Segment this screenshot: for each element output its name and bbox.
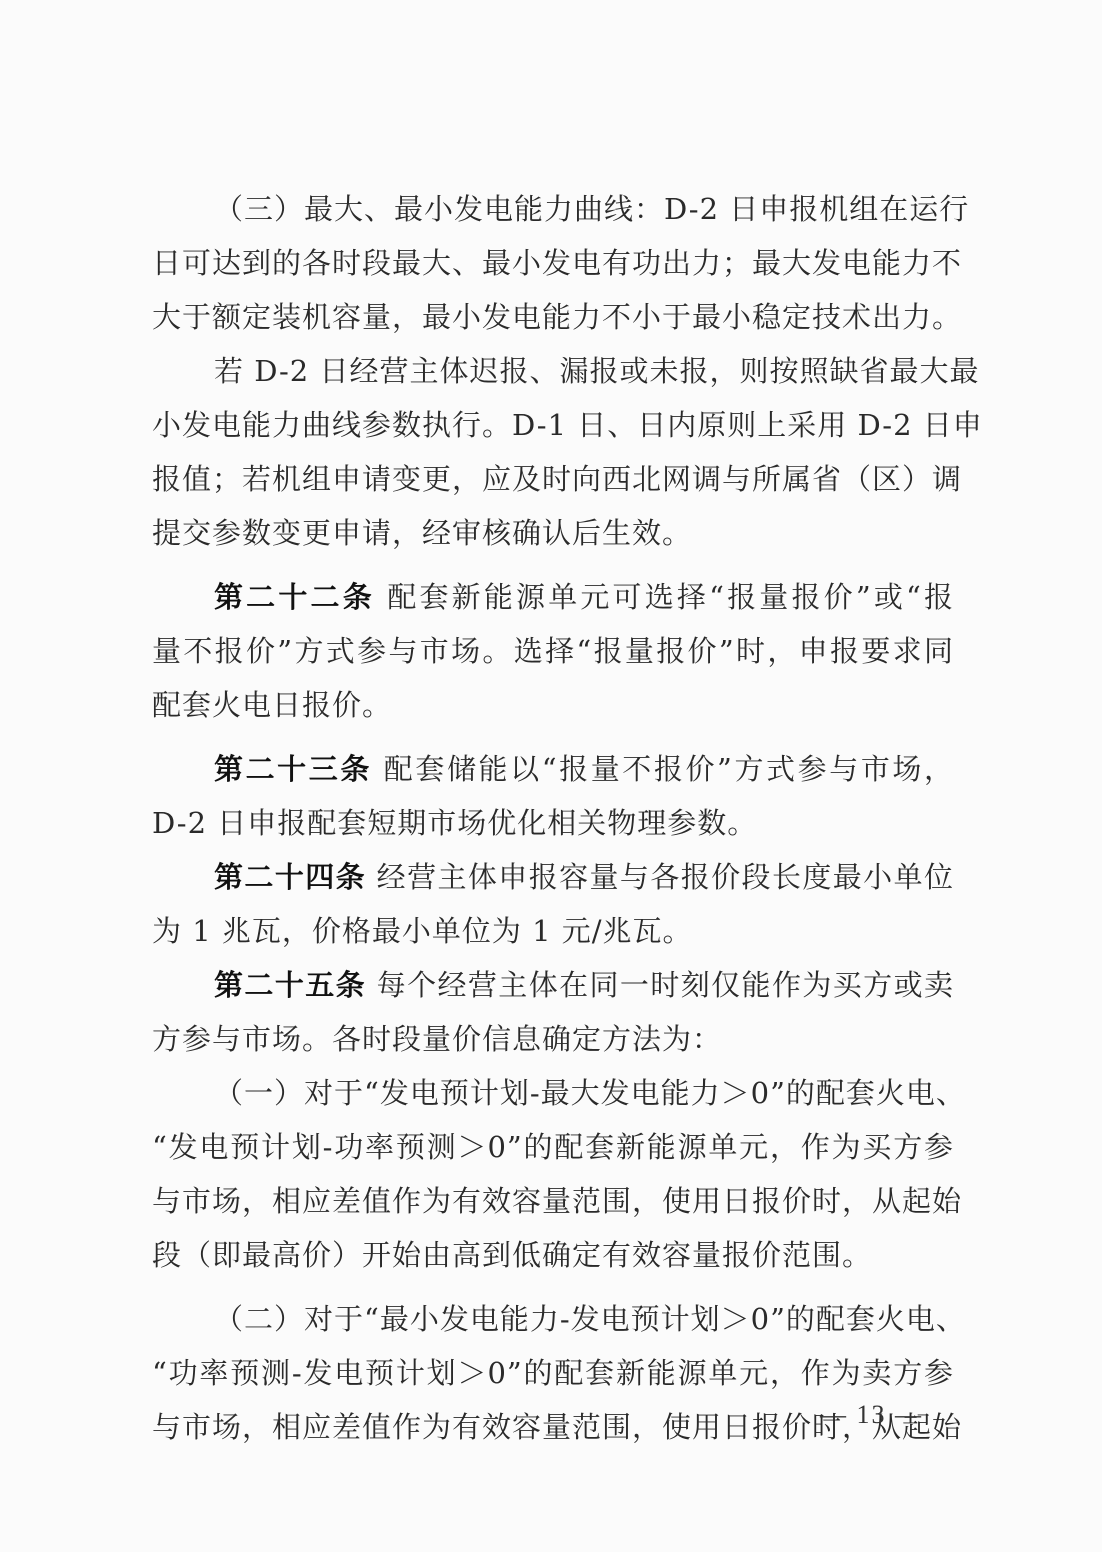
text-line: 大于额定装机容量，最小发电能力不小于最小稳定技术出力。 [152,290,954,344]
paragraph-item-3: （三）最大、最小发电能力曲线：D-2 日申报机组在运行 日可达到的各时段最大、最… [152,182,954,344]
text-line: 若 D-2 日经营主体迟报、漏报或未报，则按照缺省最大最 [152,344,954,398]
text-line: 配套火电日报价。 [152,678,954,732]
article-text: 每个经营主体在同一时刻仅能作为买方或卖 [377,968,954,1002]
text-line: 日可达到的各时段最大、最小发电有功出力；最大发电能力不 [152,236,954,290]
document-body: （三）最大、最小发电能力曲线：D-2 日申报机组在运行 日可达到的各时段最大、最… [152,182,954,1454]
text-line: 第二十四条 经营主体申报容量与各报价段长度最小单位 [152,850,954,904]
article-text: 配套储能以“报量不报价”方式参与市场， [384,752,954,786]
text-line: 第二十五条 每个经营主体在同一时刻仅能作为买方或卖 [152,958,954,1012]
text-line: 与市场，相应差值作为有效容量范围，使用日报价时，从起始 [152,1174,954,1228]
article-22: 第二十二条 配套新能源单元可选择“报量报价”或“报 量不报价”方式参与市场。选择… [152,570,954,732]
page-number: — 13 — [820,1400,923,1430]
text-line: 为 1 兆瓦，价格最小单位为 1 元/兆瓦。 [152,904,954,958]
text-line: “发电预计划-功率预测＞0”的配套新能源单元，作为买方参 [152,1120,954,1174]
text-line: D-2 日申报配套短期市场优化相关物理参数。 [152,796,954,850]
text-line: 小发电能力曲线参数执行。D-1 日、日内原则上采用 D-2 日申 [152,398,954,452]
article-23: 第二十三条 配套储能以“报量不报价”方式参与市场， D-2 日申报配套短期市场优… [152,742,954,850]
text-line: 第二十三条 配套储能以“报量不报价”方式参与市场， [152,742,954,796]
text-line: 方参与市场。各时段量价信息确定方法为： [152,1012,954,1066]
paragraph-item-1: （一）对于“发电预计划-最大发电能力＞0”的配套火电、 “发电预计划-功率预测＞… [152,1066,954,1282]
text-line: （三）最大、最小发电能力曲线：D-2 日申报机组在运行 [152,182,954,236]
article-label: 第二十五条 [214,968,366,1002]
text-line: 段（即最高价）开始由高到低确定有效容量报价范围。 [152,1228,954,1282]
text-line: 量不报价”方式参与市场。选择“报量报价”时，申报要求同 [152,624,954,678]
text-line: 报值；若机组申请变更，应及时向西北网调与所属省（区）调 [152,452,954,506]
article-text: 配套新能源单元可选择“报量报价”或“报 [387,580,954,614]
text-line: （一）对于“发电预计划-最大发电能力＞0”的配套火电、 [152,1066,954,1120]
article-label: 第二十三条 [214,752,372,786]
article-24: 第二十四条 经营主体申报容量与各报价段长度最小单位 为 1 兆瓦，价格最小单位为… [152,850,954,958]
text-line: 提交参数变更申请，经审核确认后生效。 [152,506,954,560]
article-label: 第二十二条 [214,580,375,614]
article-25: 第二十五条 每个经营主体在同一时刻仅能作为买方或卖 方参与市场。各时段量价信息确… [152,958,954,1066]
text-line: （二）对于“最小发电能力-发电预计划＞0”的配套火电、 [152,1292,954,1346]
article-text: 经营主体申报容量与各报价段长度最小单位 [377,860,954,894]
article-label: 第二十四条 [214,860,366,894]
paragraph-default-rule: 若 D-2 日经营主体迟报、漏报或未报，则按照缺省最大最 小发电能力曲线参数执行… [152,344,954,560]
document-page: （三）最大、最小发电能力曲线：D-2 日申报机组在运行 日可达到的各时段最大、最… [0,0,1102,1552]
text-line: 第二十二条 配套新能源单元可选择“报量报价”或“报 [152,570,954,624]
text-line: “功率预测-发电预计划＞0”的配套新能源单元，作为卖方参 [152,1346,954,1400]
